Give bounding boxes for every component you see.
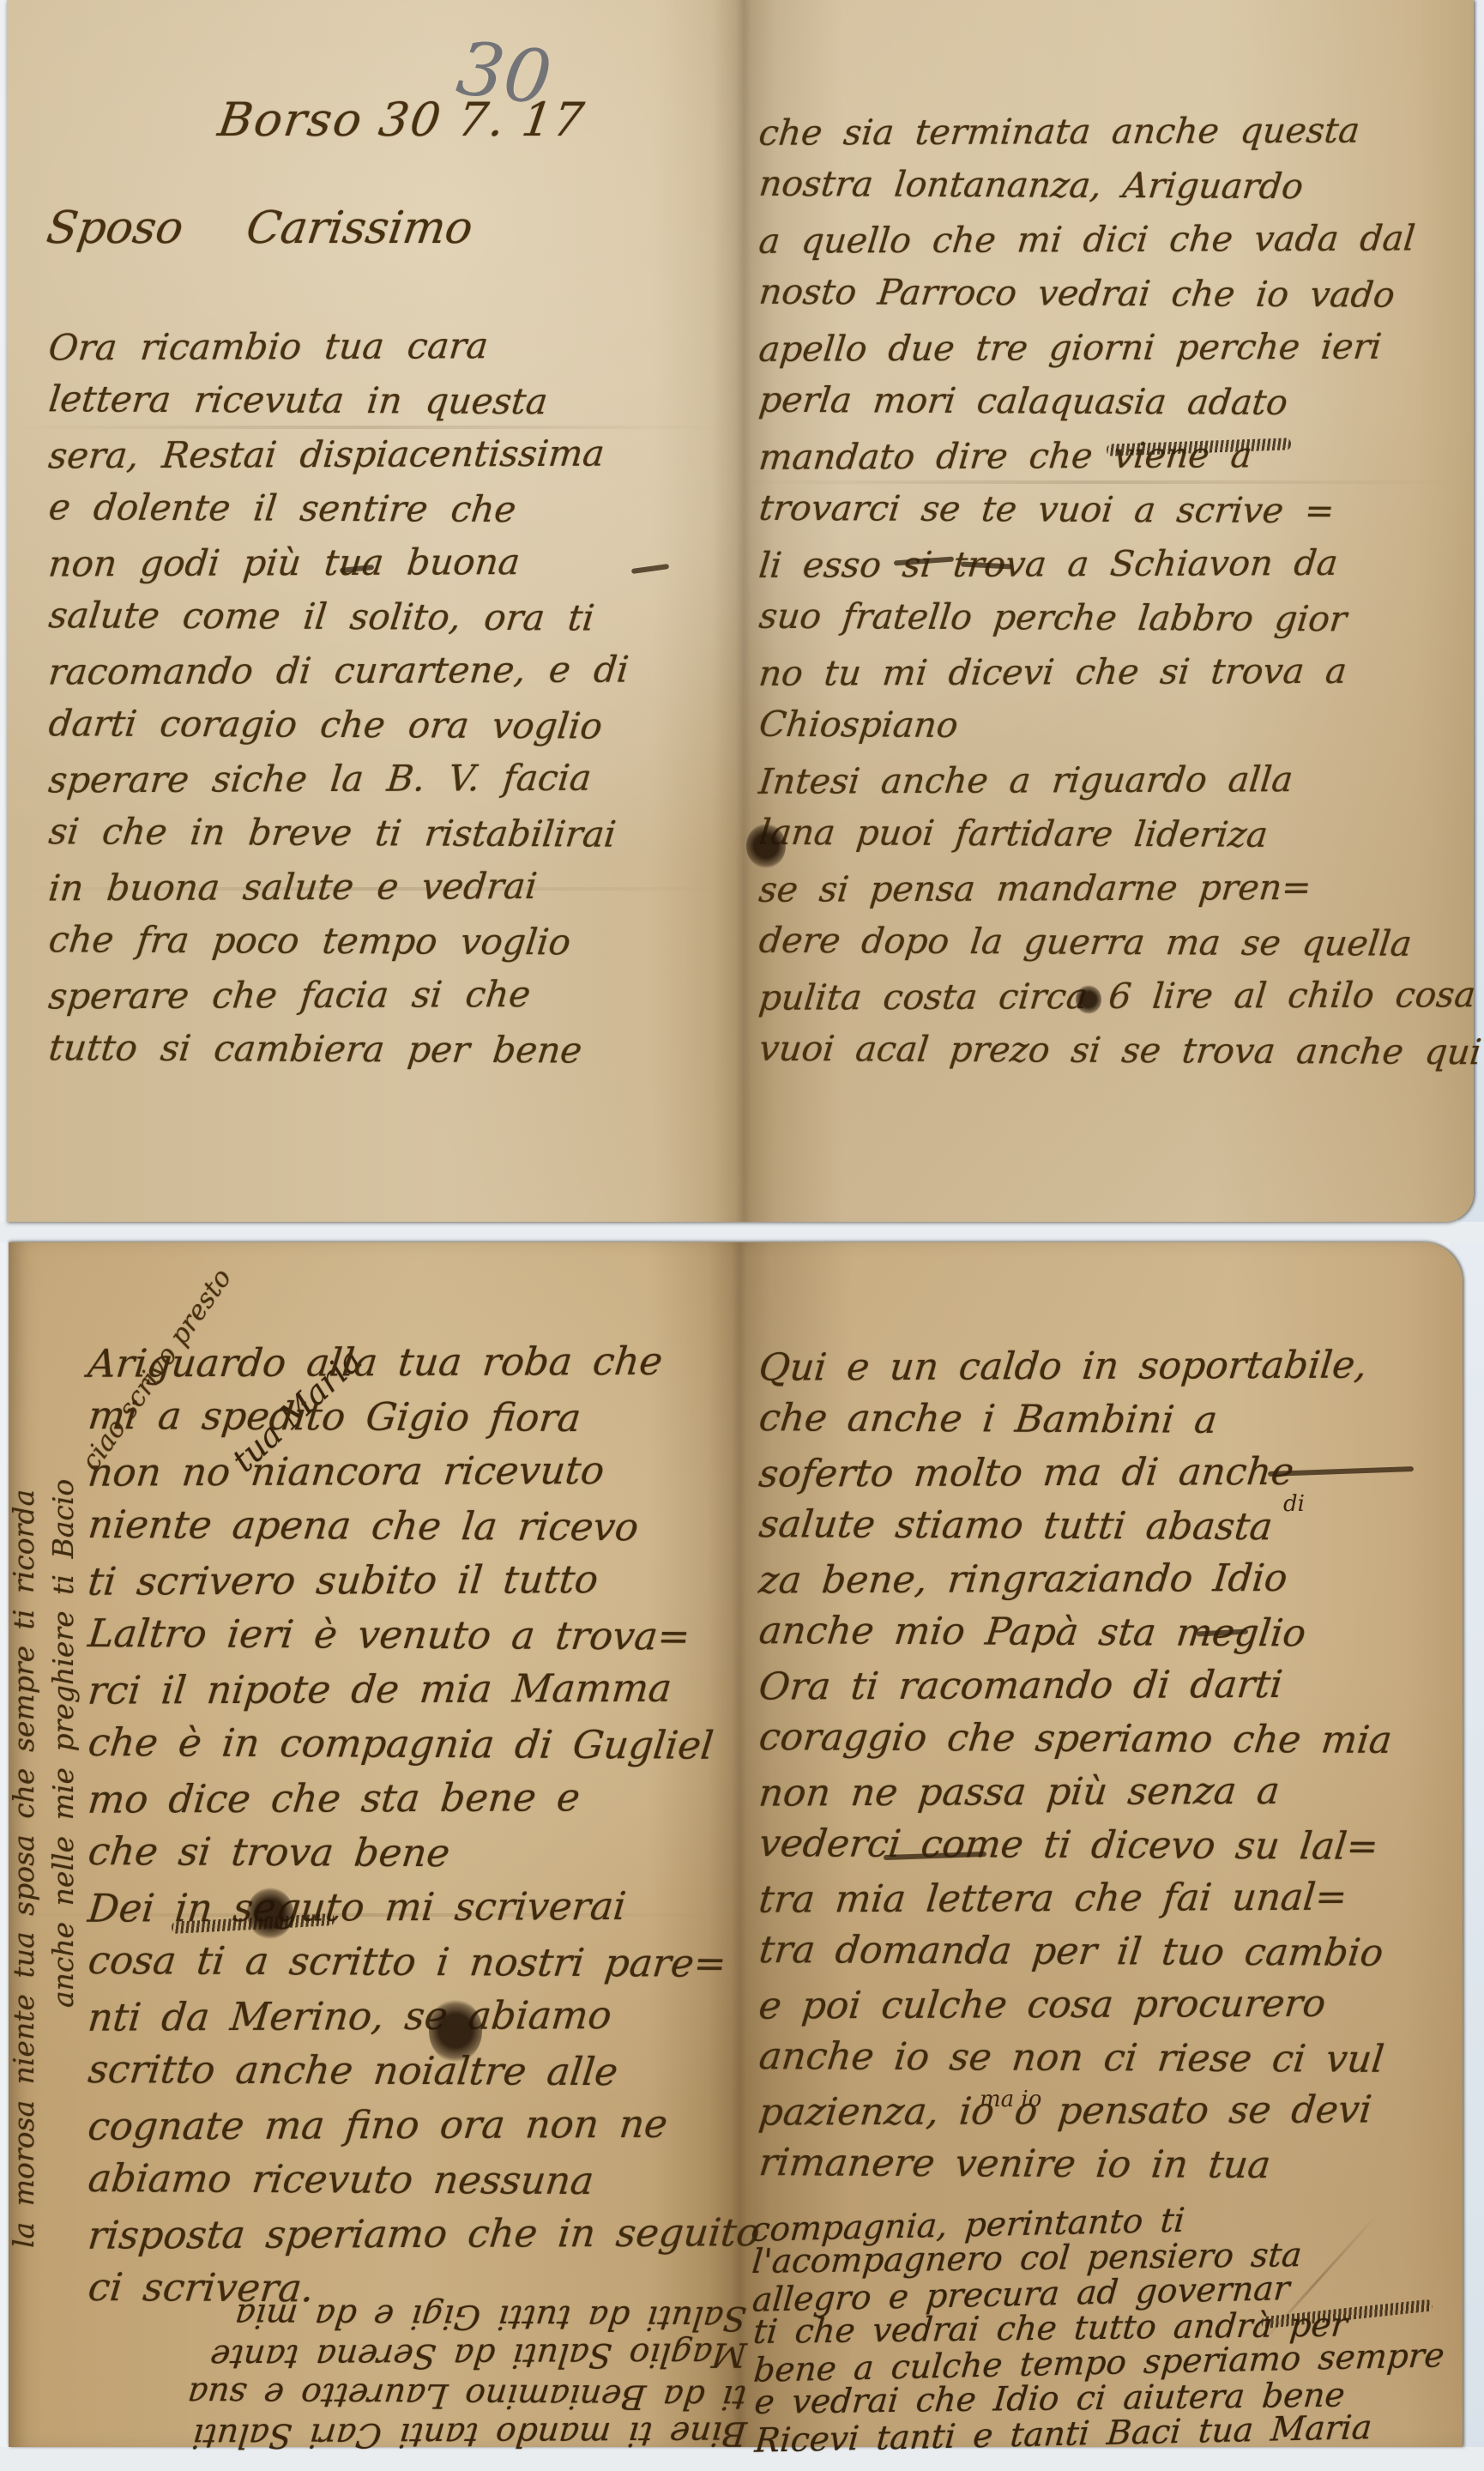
- handwritten-line: ti scrivero subito il tutto: [86, 1551, 763, 1609]
- scan-gap: [0, 1222, 1484, 1242]
- page4-superscript-ma-io: ma io: [980, 2087, 1041, 2112]
- handwritten-line: sera, Restai dispiacentissima: [46, 426, 631, 483]
- handwritten-line: in buona salute e vedrai: [46, 859, 631, 915]
- handwritten-line: e poi culche cosa procurero: [757, 1977, 1395, 2033]
- page3-inverted-postscript: Bine ti mando tanti Cari Salutiti da Ben…: [60, 2296, 746, 2454]
- handwritten-line: Bine ti mando tanti Cari Saluti: [58, 2413, 749, 2455]
- handwritten-line: vuoi acal prezo si se trova anche qui: [757, 1022, 1484, 1079]
- ink-blot: [247, 1888, 293, 1939]
- handwritten-line: Intesi anche a riguardo alla: [757, 752, 1484, 809]
- page4-body: Qui e un caldo in soportabile,che anche …: [759, 1340, 1392, 2191]
- handwritten-line: nosto Parroco vedrai che io vado: [757, 265, 1484, 323]
- page2-body: che sia terminata anche questanostra lon…: [759, 105, 1481, 1078]
- handwritten-line: racomando di curartene, e di: [46, 643, 631, 699]
- handwritten-line: Laltro ieri è venuto a trova=: [86, 1605, 763, 1664]
- handwritten-line: li esso si trova a Schiavon da: [757, 535, 1484, 593]
- handwritten-line: trovarci se te vuoi a scrive =: [757, 481, 1484, 539]
- handwritten-line: Chiospiano: [757, 698, 1484, 755]
- handwritten-line: che si trova bene: [86, 1823, 763, 1882]
- handwritten-line: rci il nipote de mia Mamma: [86, 1660, 763, 1718]
- handwritten-line: che fra poco tempo voglio: [46, 912, 631, 970]
- handwritten-line: tra domanda per il tuo cambio: [757, 1924, 1395, 1980]
- handwritten-line: a quello che mi dici che vada dal: [757, 211, 1484, 269]
- ink-blot: [429, 1999, 482, 2063]
- handwritten-line: che è in compagnia di Gugliel: [86, 1714, 763, 1773]
- page3-margin-note-inner: anche nelle mie preghiere ti Bacio: [46, 1479, 80, 2008]
- handwritten-line: Qui e un caldo in soportabile,: [757, 1338, 1395, 1394]
- handwritten-line: za bene, ringraziando Idio: [757, 1551, 1395, 1607]
- handwritten-line: pazienza, io o pensato se devi: [757, 2083, 1395, 2139]
- handwritten-line: rimanere venire io in tua: [757, 2136, 1395, 2193]
- handwritten-line: non godi più tua buona: [46, 535, 631, 591]
- handwritten-line: Saluti da tutti Gigi e da mia: [58, 2294, 749, 2337]
- handwritten-line: scritto anche noialtre alle: [86, 2041, 763, 2099]
- handwritten-line: coraggio che speriamo che mia: [757, 1711, 1395, 1767]
- handwritten-line: risposta speriamo che in seguito: [86, 2205, 763, 2263]
- letter-scan-composite: 30 Borso 30 7. 17 Sposo Carissimo Ora ri…: [0, 0, 1484, 2471]
- handwritten-line: Ora ricambio tua cara: [46, 318, 631, 375]
- handwritten-line: anche io se non ci riese ci vul: [757, 2030, 1395, 2087]
- handwritten-line: cosa ti a scritto i nostri pare=: [86, 1932, 763, 1991]
- page3-body: Ariguardo alla tua roba chemi a spedito …: [88, 1335, 759, 2316]
- handwritten-line: lana puoi fartidare lideriza: [757, 806, 1484, 863]
- handwritten-line: Ariguardo alla tua roba che: [86, 1333, 763, 1391]
- handwritten-line: no tu mi dicevi che si trova a: [757, 643, 1484, 701]
- dateline: Borso 30 7. 17: [215, 93, 589, 147]
- handwritten-line: anche mio Papà sta meglio: [757, 1604, 1395, 1661]
- handwritten-line: mandato dire che viene a: [757, 427, 1484, 485]
- handwritten-line: lettera ricevuta in questa: [46, 372, 631, 429]
- handwritten-line: niente apena che la ricevo: [86, 1496, 763, 1555]
- page1-body: Ora ricambio tua caralettera ricevuta in…: [49, 319, 629, 1076]
- handwritten-line: apello due tre giorni perche ieri: [757, 319, 1484, 377]
- page4-closing: compagnia, perintanto til'acompagnero co…: [751, 2199, 1446, 2457]
- handwritten-line: nti da Merino, se abiamo: [86, 1987, 763, 2045]
- handwritten-line: Maglio Saluti da Serena tante: [58, 2334, 749, 2376]
- ink-blot: [746, 824, 786, 868]
- ink-blot: [1076, 985, 1101, 1014]
- handwritten-line: sperare siche la B. V. facia: [46, 751, 631, 807]
- handwritten-line: dere dopo la guerra ma se quella: [757, 914, 1484, 971]
- handwritten-line: abiamo ricevuto nessuna: [86, 2150, 763, 2208]
- handwritten-line: che anche i Bambini a: [757, 1392, 1395, 1448]
- handwritten-line: tutto si cambiera per bene: [46, 1020, 631, 1078]
- handwritten-line: Ora ti racomando di darti: [757, 1658, 1395, 1713]
- handwritten-line: perla mori calaquasia adato: [757, 373, 1484, 431]
- handwritten-line: e dolente il sentire che: [46, 480, 631, 537]
- handwritten-line: mo dice che sta bene e: [86, 1769, 763, 1827]
- handwritten-line: darti coragio che ora voglio: [46, 696, 631, 753]
- page4-superscript-di: di: [1283, 1491, 1305, 1517]
- handwritten-line: nostra lontananza, Ariguardo: [757, 157, 1484, 214]
- handwritten-line: tra mia lettera che fai unal=: [757, 1870, 1395, 1926]
- page3-margin-note-outer: la morosa niente tua sposa che sempre ti…: [7, 1489, 40, 2248]
- handwritten-line: ti da Beniamino Lauretto e sua: [58, 2373, 749, 2416]
- handwritten-line: sperare che facia si che: [46, 967, 631, 1024]
- handwritten-line: se si pensa mandarne pren=: [757, 860, 1484, 917]
- handwritten-line: che sia terminata anche questa: [757, 103, 1484, 160]
- handwritten-line: mi a spedito Gigio fiora: [86, 1387, 763, 1446]
- salutation: Sposo Carissimo: [44, 202, 476, 254]
- handwritten-line: pulita costa circa 6 lire al chilo cosa: [757, 968, 1484, 1025]
- handwritten-line: non no niancora ricevuto: [86, 1442, 763, 1500]
- handwritten-line: si che in breve ti ristabilirai: [46, 804, 631, 861]
- handwritten-line: salute come il solito, ora ti: [46, 588, 631, 645]
- handwritten-line: vederci come ti dicevo su lal=: [757, 1817, 1395, 1874]
- handwritten-line: cognate ma fino ora non ne: [86, 2096, 763, 2154]
- handwritten-line: suo fratello perche labbro gior: [757, 589, 1484, 647]
- handwritten-line: non ne passa più senza a: [757, 1764, 1395, 1820]
